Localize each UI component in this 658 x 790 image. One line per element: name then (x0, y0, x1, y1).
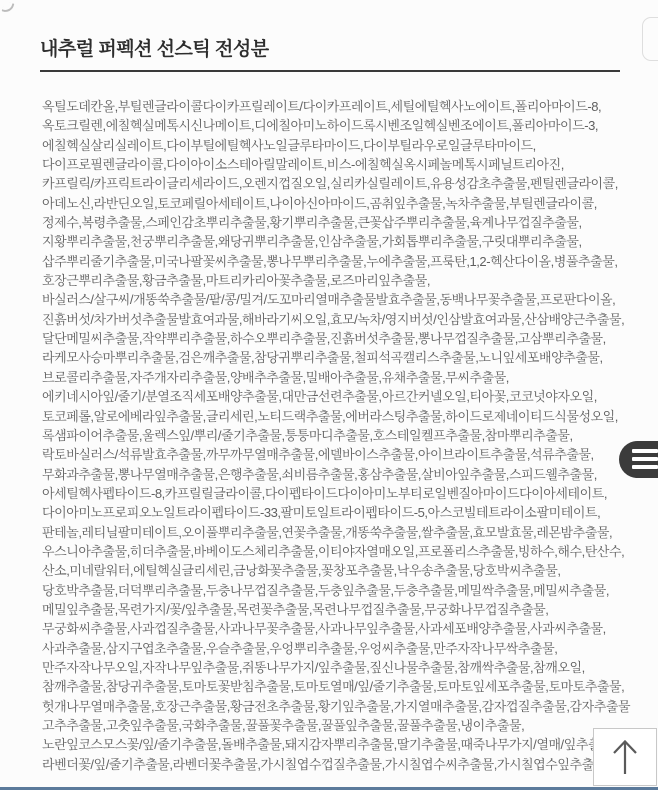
ingredient-line: 락토바실러스/석류발효추출물,까무까무열매추출물,에델바이스추출물,아이브라이트… (42, 445, 648, 464)
page-title: 내추럴 퍼펙션 선스틱 전성분 (40, 34, 269, 61)
ingredient-line: 록샘파이어추출물,울렉스잎/뿌리/줄기추출물,퉁퉁마디추출물,호스테일켈프추출물… (42, 426, 648, 445)
ingredient-line: 메밀잎추출물,목련가지/꽃/잎추출물,목련꽃추출물,목련나무껍질추출물,무궁화나… (42, 600, 648, 619)
ingredient-line: 라케모사승마뿌리추출물,검은깨추출물,참당귀뿌리추출물,철피석곡캘리스추출물,노… (42, 348, 648, 367)
ingredient-line: 라벤더꽃/잎/줄기추출물,라벤더꽃추출물,가시칠엽수껍질추출물,가시칠엽수씨추출… (42, 755, 648, 774)
ingredient-line: 호장근뿌리추출물,황금추출물,마트리카리아꽃추출물,로즈마리잎추출물, (42, 271, 648, 290)
title-divider (40, 70, 620, 72)
up-arrow-icon (610, 738, 640, 776)
ingredient-line: 우스니아추출물,히더추출물,바베이도스체리추출물,이티야자열매오일,프로폴리스추… (42, 542, 648, 561)
ingredient-line: 브로콜리추출물,자주개자리추출물,양배추추출물,밀배아추출물,유채추출물,무씨추… (42, 368, 648, 387)
ingredient-line: 에키네시아잎/줄기/분열조직세포배양추출물,대만금선련추출물,아르간커넬오일,티… (42, 387, 648, 406)
scroll-to-top-button[interactable] (593, 728, 657, 786)
ingredient-line: 다이프로필렌글라이콜,다이아이소스테아릴말레이트,비스-에칠헥실옥시페놀메톡시페… (42, 155, 648, 174)
ingredient-line: 참깨추출물,참당귀추출물,토마토꽃받침추출물,토마토열매/잎/줄기추출물,토마토… (42, 677, 648, 696)
ingredient-line: 아세틸헥사펩타이드-8,카프릴릴글라이콜,다이펩타이드다이아미노부티로일벤질아마… (42, 484, 648, 503)
ingredient-line: 삽주뿌리줄기추출물,미국나팔꽃씨추출물,뽕나무뿌리추출물,누에추출물,프룩탄,1… (42, 252, 648, 271)
ingredient-line: 사과추출물,삼지구엽초추출물,우슬추출물,우엉뿌리추출물,우엉씨추출물,만주자작… (42, 639, 648, 658)
ingredient-line: 무궁화씨추출물,사과껍질추출물,사과나무꽃추출물,사과나무잎추출물,사과세포배양… (42, 619, 648, 638)
ingredient-line: 판테놀,레티닐팔미테이트,오이풀뿌리추출물,연꽃추출물,개똥쑥추출물,쌀추출물,… (42, 523, 648, 542)
ingredient-line: 헛개나무열매추출물,호장근추출물,황금전초추출물,황기잎추출물,가지열매추출물,… (42, 697, 648, 716)
ingredient-line: 정제수,복령추출물,스페인감초뿌리추출물,황기뿌리추출물,큰꽃삽주뿌리추출물,육… (42, 213, 648, 232)
ingredient-line: 에칠헥실살리실레이트,다이부틸에틸헥사노일글루타마이드,다이부틸라우로일글루타마… (42, 136, 648, 155)
ingredient-line: 지황뿌리추출물,천궁뿌리추출물,왜당귀뿌리추출물,인삼추출물,가회톱뿌리추출물,… (42, 232, 648, 251)
ingredient-line: 달단메밀씨추출물,작약뿌리추출물,하수오뿌리추출물,진흙버섯추출물,뽕나무껍질추… (42, 329, 648, 348)
ingredient-line: 토코페롤,알로에베라잎추출물,글리세린,노티드랙추출물,에버라스팅추출물,하이드… (42, 407, 648, 426)
ingredient-line: 옥토크릴렌,에칠헥실메톡시신나메이트,디에칠아미노하이드록시벤조일헥실벤조에이트… (42, 116, 648, 135)
ingredient-line: 무화과추출물,뽕나무열매추출물,은행추출물,쇠비름추출물,홍삼추출물,살비아잎추… (42, 465, 648, 484)
stray-mark (2, 1, 15, 15)
ingredient-line: 노란잎코스모스꽃/잎/줄기추출물,돌배추출물,돼지감자뿌리추출물,딸기추출물,때… (42, 735, 648, 754)
ingredient-line: 바실러스/살구씨/개똥쑥추출물/팥/콩/밀겨/도꼬마리열매추출물발효추출물,동백… (42, 290, 648, 309)
ingredient-line: 산소,미네랄워터,에틸헥실글리세린,금낭화꽃추출물,꽃창포추출물,낙우송추출물,… (42, 561, 648, 580)
partial-button-outline (642, 17, 658, 61)
ingredient-line: 당호박추출물,더덕뿌리추출물,두충나무껍질추출물,두충잎추출물,두충추출물,메밀… (42, 581, 648, 600)
ingredient-line: 아데노신,라반딘오일,토코페릴아세테이트,나이아신아마이드,곰취잎추출물,녹차추… (42, 194, 648, 213)
ingredient-line: 카프릴릭/카프릭트라이글리세라이드,오렌지껍질오일,실리카실릴레이트,유용성감초… (42, 174, 648, 193)
ingredient-line: 진흙버섯/차가버섯추출물발효여과물,해바라기씨오일,효모/녹차/영지버섯/인삼발… (42, 310, 648, 329)
ingredient-line: 다이아미노프로피오노일트라이펩타이드-33,팔미토일트라이펩타이드-5,아스코빌… (42, 503, 648, 522)
menu-button[interactable] (619, 441, 658, 478)
ingredient-line: 옥틸도데칸올,부틸렌글라이콜다이카프릴레이트/다이카프레이트,세틸에틸헥사노에이… (42, 97, 648, 116)
ingredients-text: 옥틸도데칸올,부틸렌글라이콜다이카프릴레이트/다이카프레이트,세틸에틸헥사노에이… (42, 97, 648, 774)
ingredient-line: 고추추출물,고춧잎추출물,국화추출물,꿀풀꽃추출물,꿀풀잎추출물,꿀풀추출물,냉… (42, 716, 648, 735)
ingredient-line: 만주자작나무오일,자작나무잎추출물,쥐똥나무가지/잎추출물,짚신나물추출물,참깨… (42, 658, 648, 677)
